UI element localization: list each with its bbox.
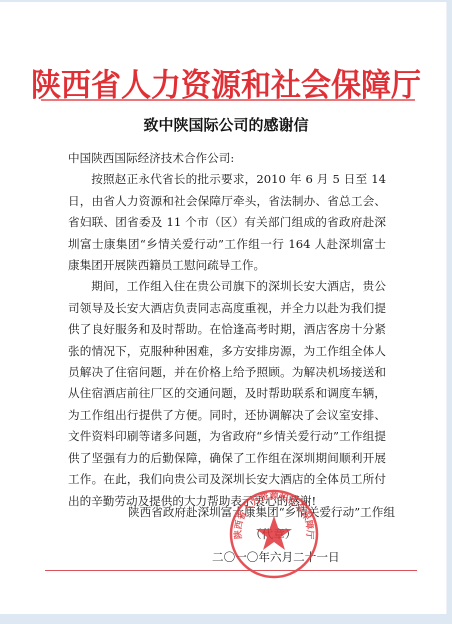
signature-date: 二〇一〇年六月二十一日: [212, 549, 340, 565]
footer-red-rule: [45, 570, 417, 571]
salutation: 中国陕西国际经济技术合作公司:: [68, 148, 386, 169]
viewer-bottom-border: [0, 614, 452, 624]
letter-body: 中国陕西国际经济技术合作公司: 按照赵正永代省长的批示要求，2010 年 6 月…: [68, 148, 386, 512]
paragraph-1: 按照赵正永代省长的批示要求，2010 年 6 月 5 日至 14 日，由省人力资…: [68, 169, 386, 276]
letter-title: 致中陕国际公司的感谢信: [0, 114, 452, 135]
letterhead-red-rule: [41, 99, 415, 101]
paragraph-2: 期间，工作组入住在贵公司旗下的深圳长安大酒店，贵公司领导及长安大酒店负责同志高度…: [68, 276, 386, 511]
signature-organization: 陕西省政府赴深圳富士康集团“乡情关爱行动”工作组: [128, 504, 428, 520]
signature-seal-label: （代章）: [250, 526, 296, 542]
